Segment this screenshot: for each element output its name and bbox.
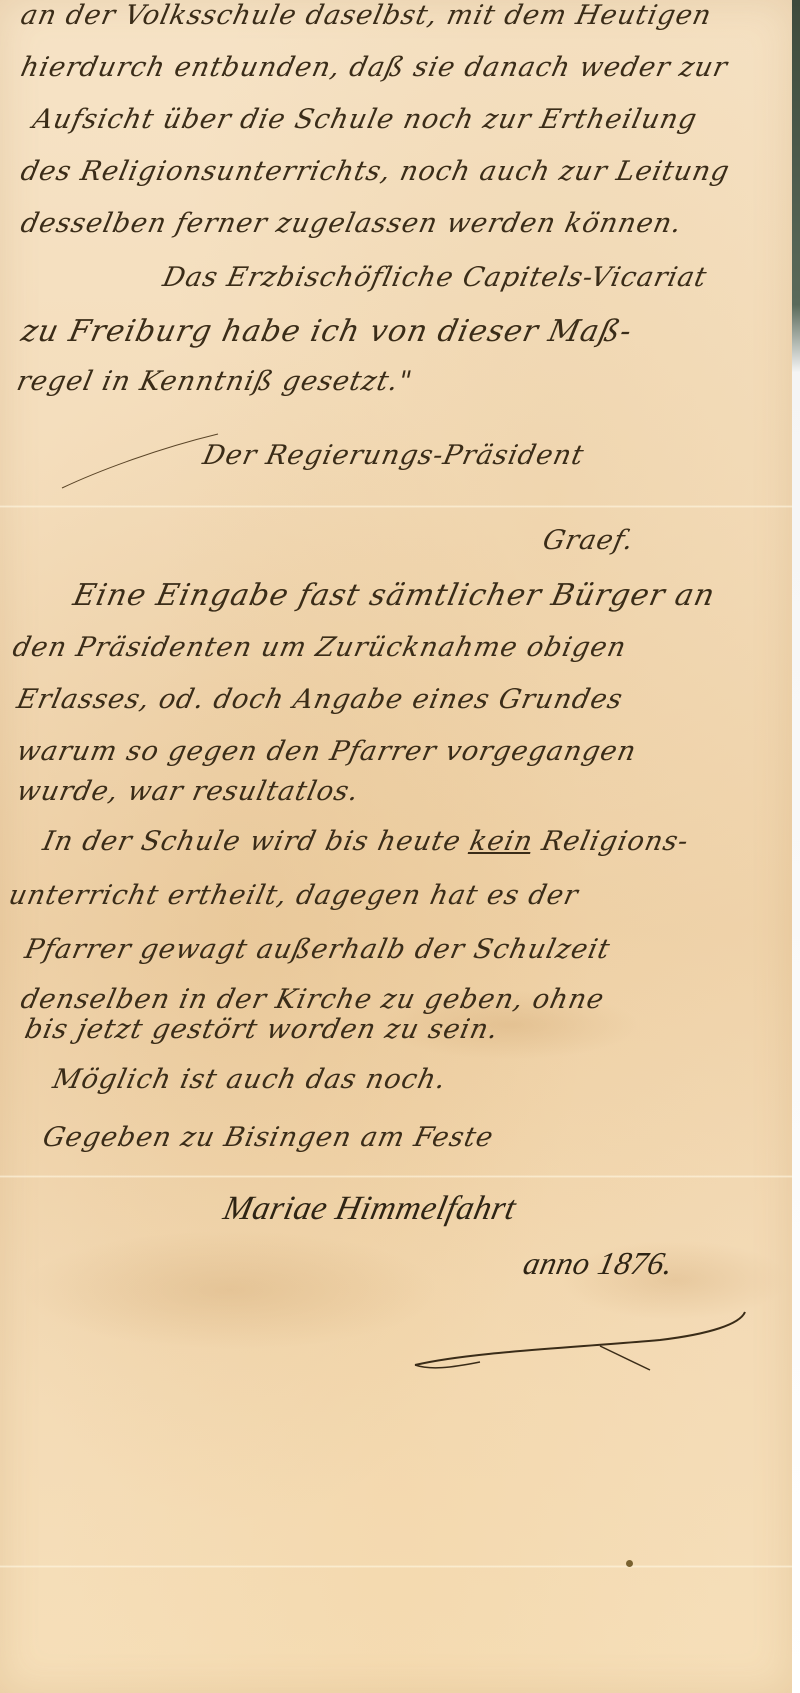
manuscript-page: an der Volksschule daselbst, mit dem Heu… [0, 0, 792, 1693]
text-line: Erlasses, od. doch Angabe eines Grundes [14, 684, 626, 715]
text-segment: In der Schule wird bis heute [40, 826, 474, 857]
remark-line: Möglich ist auch das noch. [50, 1064, 449, 1095]
text-line: Pfarrer gewagt außerhalb der Schulzeit [22, 934, 613, 965]
text-line: desselben ferner zugelassen werden könne… [18, 208, 685, 239]
text-line: Eine Eingabe fast sämtlicher Bürger an [70, 578, 718, 613]
signatory-title: Der Regierungs-Präsident [200, 440, 587, 471]
text-line: warum so gegen den Pfarrer vorgegangen [14, 736, 639, 767]
paper-fold [0, 505, 792, 508]
ink-spot [626, 1560, 633, 1567]
text-line: an der Volksschule daselbst, mit dem Heu… [18, 0, 715, 31]
text-line: denselben in der Kirche zu geben, ohne [18, 984, 607, 1015]
text-line: unterricht ertheilt, dagegen hat es der [6, 880, 581, 911]
text-line: zu Freiburg habe ich von dieser Maß- [18, 314, 635, 349]
lead-in-stroke [60, 430, 220, 490]
feast-name: Mariae Himmelfahrt [220, 1190, 519, 1228]
paper-fold [0, 1175, 792, 1178]
scan-border [792, 0, 800, 1693]
text-line: Das Erzbischöfliche Capitels-Vicariat [160, 262, 710, 293]
text-line: bis jetzt gestört worden zu sein. [22, 1014, 502, 1045]
closing-line: Gegeben zu Bisingen am Feste [40, 1122, 497, 1153]
water-stain [20, 1230, 440, 1350]
paper-fold [0, 1565, 792, 1568]
text-line: wurde, war resultatlos. [14, 776, 362, 807]
text-line: Aufsicht über die Schule noch zur Erthei… [30, 104, 700, 135]
text-line: hierdurch entbunden, daß sie danach wede… [18, 52, 731, 83]
text-segment: Religions- [529, 826, 691, 857]
flourish-stroke [410, 1310, 750, 1380]
text-line: regel in Kenntniß gesetzt." [14, 366, 415, 397]
emphasized-word: kein [467, 826, 536, 857]
text-line: des Religionsunterrichts, noch auch zur … [18, 156, 733, 187]
text-line: den Präsidenten um Zurücknahme obigen [10, 632, 629, 663]
text-line: In der Schule wird bis heute kein Religi… [40, 826, 692, 857]
year-line: anno 1876. [520, 1245, 677, 1282]
signatory-name: Graef. [540, 525, 637, 556]
